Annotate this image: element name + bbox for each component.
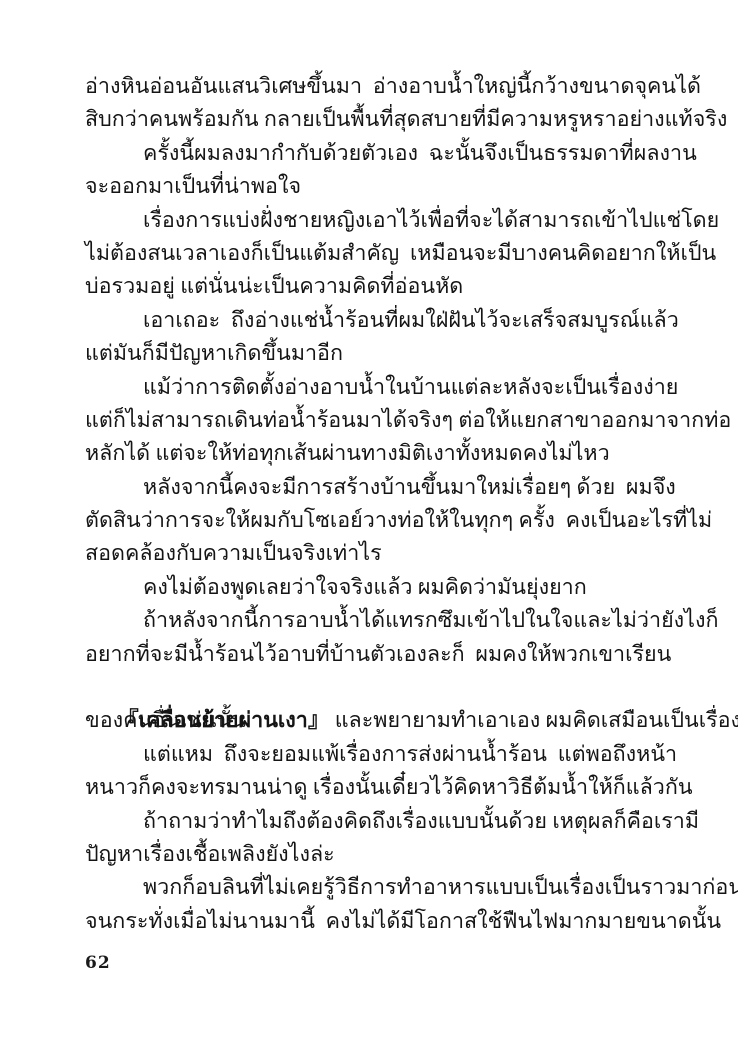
text-line: หนาวก็คงจะทรมานน่าดู เรื่องนั้นเดี๋ยวไว้…: [85, 771, 663, 804]
text-line: 『เคลื่อนย้ายผ่านเงา』 และพยายามทำเอาเอง ผ…: [85, 671, 663, 704]
text-line: บ่อรวมอยู่ แต่นั่นน่ะเป็นความคิดที่อ่อนห…: [85, 270, 663, 303]
text-line: แม้ว่าการติดตั้งอ่างอาบน้ำในบ้านแต่ละหลั…: [85, 371, 663, 404]
text-line: พวกก็อบลินที่ไม่เคยรู้วิธีการทำอาหารแบบเ…: [85, 871, 663, 904]
text-line: เอาเถอะ ถึงอ่างแช่น้ำร้อนที่ผมใฝ่ฝันไว้จ…: [85, 304, 663, 337]
text-line: สิบกว่าคนพร้อมกัน กลายเป็นพื้นที่สุดสบาย…: [85, 103, 663, 136]
text-line: เรื่องการแบ่งฝั่งชายหญิงเอาไว้เพื่อที่จะ…: [85, 204, 663, 237]
text-line: ถ้าถามว่าทำไมถึงต้องคิดถึงเรื่องแบบนั้นด…: [85, 805, 663, 838]
text-line: อยากที่จะมีน้ำร้อนไว้อาบที่บ้านตัวเองละก…: [85, 638, 663, 671]
text-line: จะออกมาเป็นที่น่าพอใจ: [85, 170, 663, 203]
body-text: อ่างหินอ่อนอันแสนวิเศษขึ้นมา อ่างอาบน้ำใ…: [85, 70, 663, 938]
text-line: อ่างหินอ่อนอันแสนวิเศษขึ้นมา อ่างอาบน้ำใ…: [85, 70, 663, 103]
text-line: คงไม่ต้องพูดเลยว่าใจจริงแล้ว ผมคิดว่ามัน…: [85, 571, 663, 604]
text-line: ปัญหาเรื่องเชื้อเพลิงยังไงล่ะ: [85, 838, 663, 871]
book-page: อ่างหินอ่อนอันแสนวิเศษขึ้นมา อ่างอาบน้ำใ…: [0, 0, 738, 1051]
page-number: 62: [85, 953, 111, 973]
text-line: แต่มันก็มีปัญหาเกิดขึ้นมาอีก: [85, 337, 663, 370]
text-line: ถ้าหลังจากนี้การอาบน้ำได้แทรกซึมเข้าไปใน…: [85, 604, 663, 637]
text-line: หลักได้ แต่จะให้ท่อทุกเส้นผ่านทางมิติเงา…: [85, 437, 663, 470]
text-line: สอดคล้องกับความเป็นจริงเท่าไร: [85, 537, 663, 570]
text-line-rest: และพยายามทำเอาเอง ผมคิดเสมือนเป็นเรื่อง: [329, 708, 738, 732]
text-line: ตัดสินว่าการจะให้ผมกับโซเอย์วางท่อให้ในท…: [85, 504, 663, 537]
text-line: จนกระทั่งเมื่อไม่นานมานี้ คงไม่ได้มีโอกา…: [85, 905, 663, 938]
text-line: แต่แหม ถึงจะยอมแพ้เรื่องการส่งผ่านน้ำร้อ…: [85, 738, 663, 771]
text-line: หลังจากนี้คงจะมีการสร้างบ้านขึ้นมาใหม่เร…: [85, 471, 663, 504]
text-line: แต่ก็ไม่สามารถเดินท่อน้ำร้อนมาได้จริงๆ ต…: [85, 404, 663, 437]
text-line: ไม่ต้องสนเวลาเองก็เป็นแต้มสำคัญ เหมือนจะ…: [85, 237, 663, 270]
text-line: ครั้งนี้ผมลงมากำกับด้วยตัวเอง ฉะนั้นจึงเ…: [85, 137, 663, 170]
